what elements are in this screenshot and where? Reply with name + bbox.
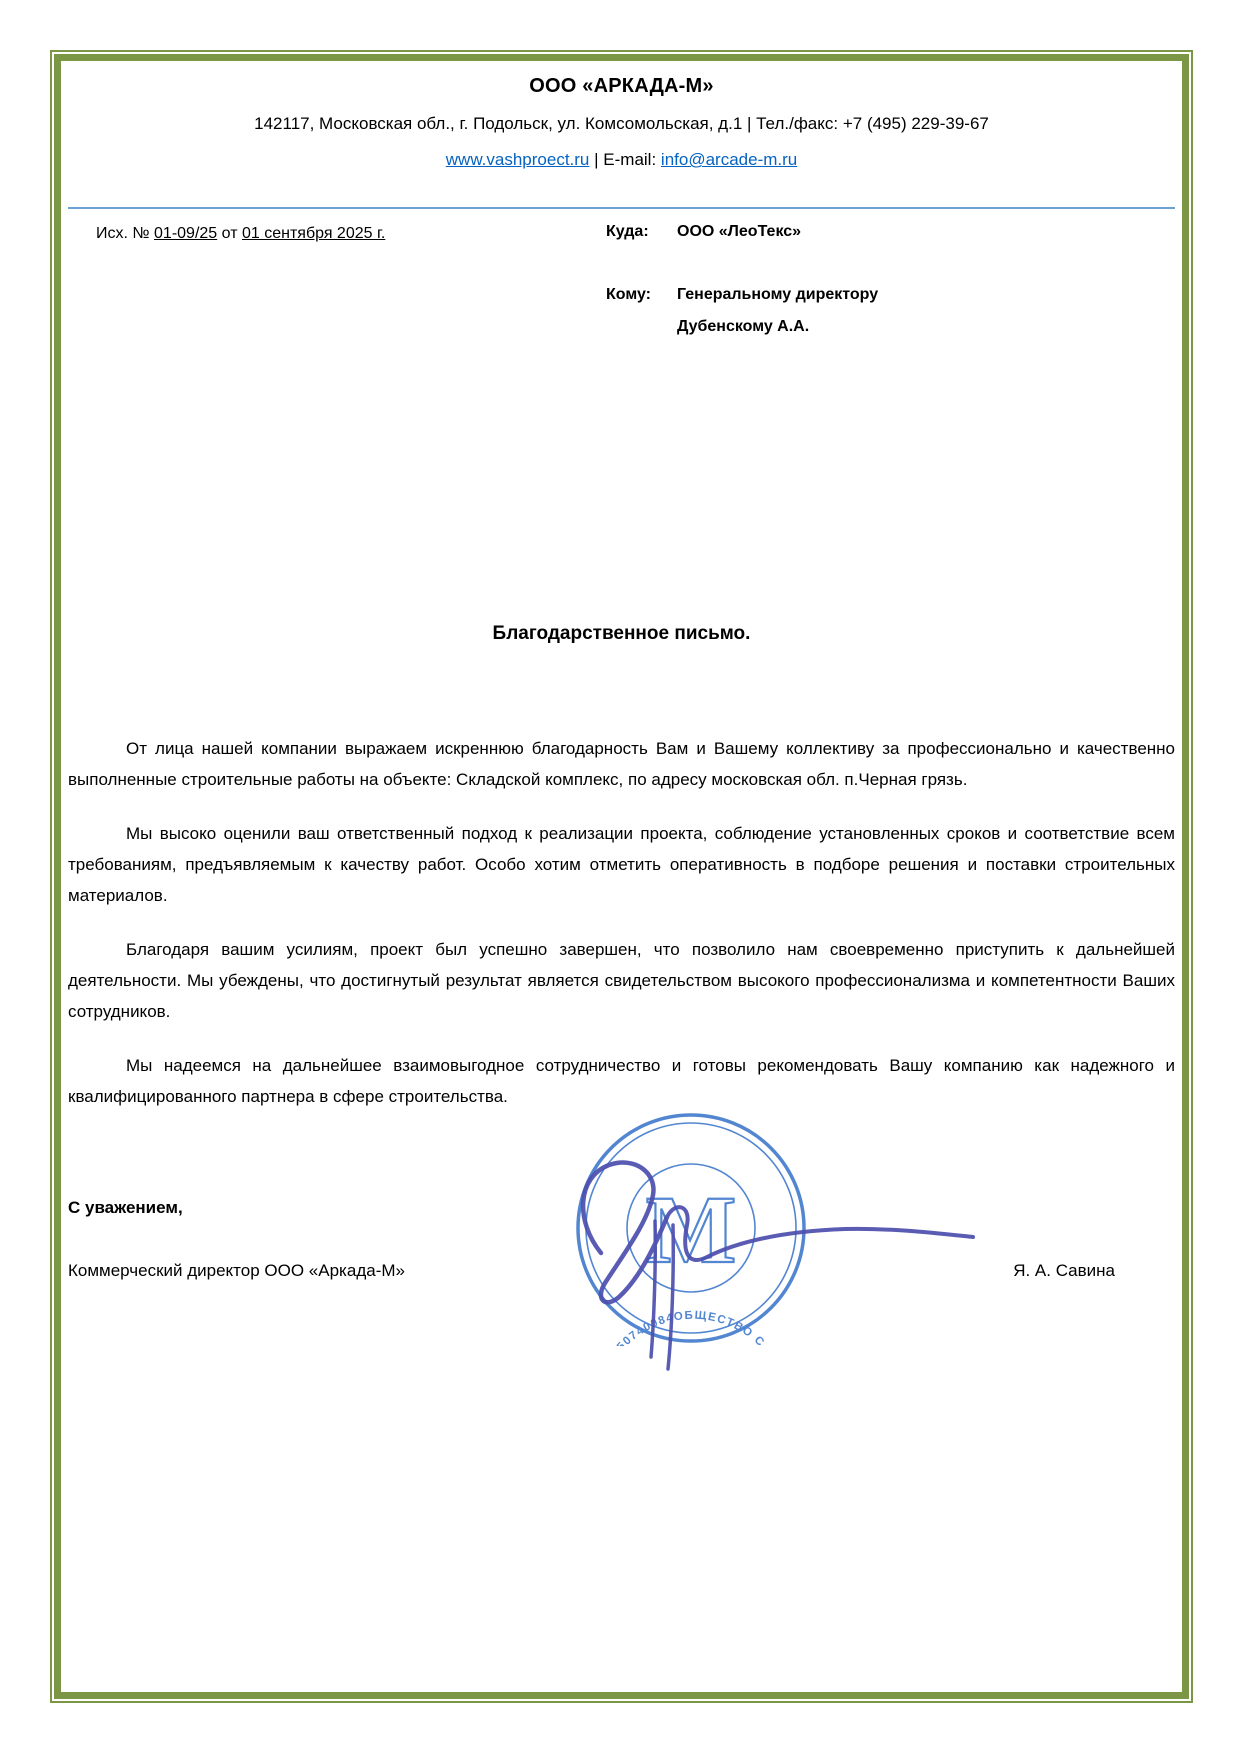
signature-scrawl (505, 1125, 1025, 1385)
attn-value-line2: Дубенскому А.А. (677, 318, 809, 336)
letter-page: ООО «АРКАДА-М» 142117, Московская обл., … (0, 0, 1241, 1754)
ref-number: 01-09/25 (154, 225, 217, 242)
ref-prefix: Исх. № (96, 225, 150, 242)
outgoing-reference: Исх. № 01-09/25 от 01 сентября 2025 г. (96, 225, 385, 243)
letter-content: ООО «АРКАДА-М» 142117, Московская обл., … (61, 61, 1182, 1286)
ref-middle: от (222, 225, 238, 242)
recipient-block: Куда: ООО «ЛеоТекс» Кому: Генеральному д… (606, 223, 878, 336)
recipient-attn-row2: Дубенскому А.А. (606, 318, 878, 336)
letter-title: Благодарственное письмо. (68, 621, 1175, 647)
company-contacts: www.vashproect.ru | E-mail: info@arcade-… (68, 149, 1175, 171)
attn-value-line1: Генеральному директору (677, 286, 878, 304)
contacts-separator: | (594, 150, 598, 169)
body-paragraph: От лица нашей компании выражаем искренню… (68, 733, 1175, 795)
body-paragraph: Мы надеемся на дальнейшее взаимовыгодное… (68, 1050, 1175, 1112)
company-address: 142117, Московская обл., г. Подольск, ул… (68, 113, 1175, 135)
email-label: E-mail: (603, 150, 656, 169)
signer-position: Коммерческий директор ООО «Аркада-М» (68, 1255, 405, 1286)
ref-date: 01 сентября 2025 г. (242, 225, 385, 242)
body-paragraph: Благодаря вашим усилиям, проект был успе… (68, 934, 1175, 1027)
recipient-attn-row: Кому: Генеральному директору (606, 286, 878, 304)
letter-body: От лица нашей компании выражаем искренню… (68, 733, 1175, 1112)
to-value: ООО «ЛеоТекс» (677, 223, 801, 241)
website-link[interactable]: www.vashproect.ru (446, 150, 590, 169)
reference-recipient-block: Исх. № 01-09/25 от 01 сентября 2025 г. К… (68, 209, 1175, 509)
attn-label: Кому: (606, 286, 677, 304)
attn-label-spacer (606, 318, 677, 336)
body-paragraph: Мы высоко оценили ваш ответственный подх… (68, 818, 1175, 911)
to-label: Куда: (606, 223, 677, 241)
recipient-to-row: Куда: ООО «ЛеоТекс» (606, 223, 878, 241)
signer-name: Я. А. Савина (1013, 1255, 1115, 1286)
company-name: ООО «АРКАДА-М» (68, 73, 1175, 99)
email-link[interactable]: info@arcade-m.ru (661, 150, 797, 169)
